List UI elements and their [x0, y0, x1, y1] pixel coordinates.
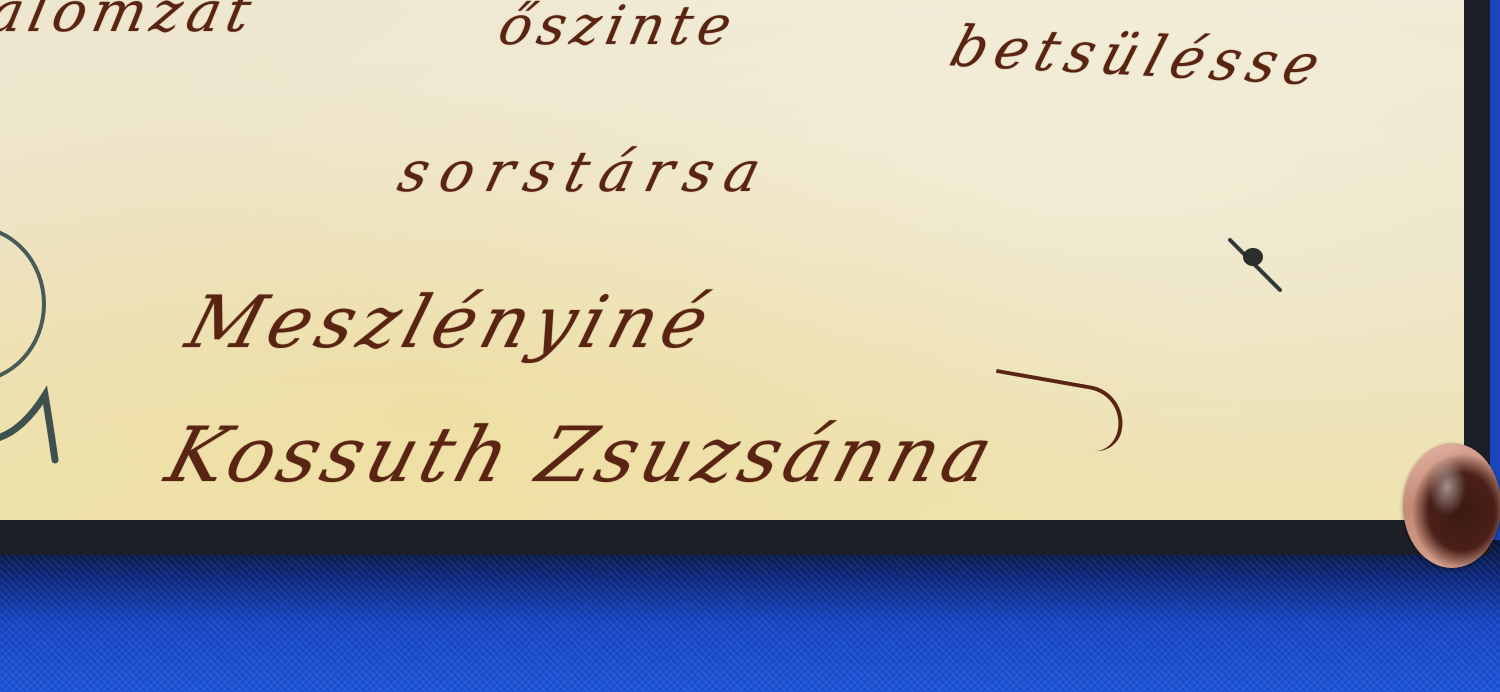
signature-flourish — [985, 369, 1128, 455]
pencil-hook-mark — [0, 385, 60, 465]
pencil-circle-mark — [0, 225, 46, 383]
letter-line-1-word-2: őszinte — [493, 0, 743, 57]
letter-paper: alomzat őszinte betsülésse sorstársa Mes… — [0, 0, 1464, 520]
blue-fabric-background — [0, 540, 1500, 692]
signature-line-1: Meszlényiné — [178, 280, 724, 364]
letter-line-1-word-3: betsülésse — [943, 14, 1335, 99]
letter-line-2: sorstársa — [392, 140, 779, 205]
pencil-tick-icon — [1225, 235, 1285, 295]
letter-line-1-word-1: alomzat — [0, 0, 262, 45]
signature-line-2: Kossuth Zsuzsánna — [157, 410, 1007, 499]
copper-pushpin-icon — [1403, 443, 1500, 568]
black-mount-frame: alomzat őszinte betsülésse sorstársa Mes… — [0, 0, 1490, 555]
